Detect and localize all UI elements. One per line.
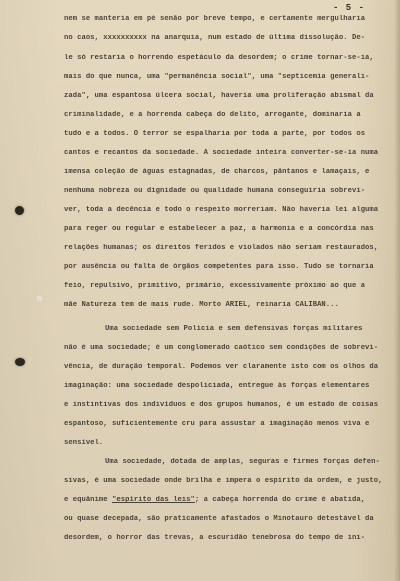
text-line: vência, de duração temporal. Podemos ver… — [64, 363, 378, 371]
text-line: espantoso, suficientemente cru para assu… — [64, 420, 369, 428]
paragraph-start-line: Uma sociedade sem Polícia e sem defensiv… — [105, 325, 362, 333]
text-line: mãe Natureza tem de mais rude. Morto ARI… — [64, 301, 339, 309]
text-line: criminalidade, e a horrenda cabeça do de… — [64, 111, 361, 119]
text-line: le só restaria o horrendo espetáculo da … — [64, 54, 374, 62]
punch-hole-faint — [35, 294, 44, 303]
text-line: para reger ou regular e estabelecer a pa… — [64, 225, 374, 233]
text-line: e equânime "espírito das leis"; a cabeça… — [64, 496, 365, 504]
text-line: nem se manteria em pé senão por breve te… — [64, 15, 365, 23]
punch-hole-lower — [15, 358, 25, 366]
text-line: mais do que nunca, uma "permanência soci… — [64, 73, 369, 81]
text-line: cantos e recantos da sociedade. A socied… — [64, 149, 378, 157]
text-line: sensível. — [64, 439, 103, 447]
text-line: feio, repulsivo, primitivo, primário, ex… — [64, 282, 365, 290]
text-line: nenhuma nobreza ou dignidade ou qualidad… — [64, 187, 365, 195]
text-line: desordem, o horror das trevas, a escurid… — [64, 534, 365, 542]
text-line: não é uma sociedade; é um conglomerado c… — [64, 344, 378, 352]
text-line: tudo e a todos. O terror se espalharia p… — [64, 130, 365, 138]
text-line: por ausência ou falta de órgãos competen… — [64, 263, 374, 271]
text-line: relações humanas; os direitos feridos e … — [64, 244, 378, 252]
punch-hole-upper — [15, 206, 24, 215]
text-line: imaginação: uma sociedade despoliciada, … — [64, 382, 369, 390]
text-line: e instintivas dos indivíduos e dos grupo… — [64, 401, 378, 409]
underlined-quote: "espírito das leis" — [112, 496, 195, 504]
text-segment: e equânime — [64, 496, 112, 504]
page-edge-shadow — [394, 0, 400, 581]
text-line: ou quase decepada, são praticamente afas… — [64, 515, 374, 523]
page-number: - 5 - — [333, 3, 365, 13]
text-line: no caos, xxxxxxxxxx na anarquia, num est… — [64, 34, 365, 42]
text-line: sivas, é uma sociedade onde brilha e imp… — [64, 477, 383, 485]
text-line: imensa coleção de águas estagnadas, de c… — [64, 168, 369, 176]
text-line: zada", uma espantosa úlcera social, have… — [64, 92, 374, 100]
text-line: ver, toda a decência e todo o respeito m… — [64, 206, 378, 214]
paragraph-start-line: Uma sociedade, dotada de amplas, seguras… — [105, 458, 380, 466]
text-segment: ; a cabeça horrenda do crime é abatida, — [195, 496, 365, 504]
